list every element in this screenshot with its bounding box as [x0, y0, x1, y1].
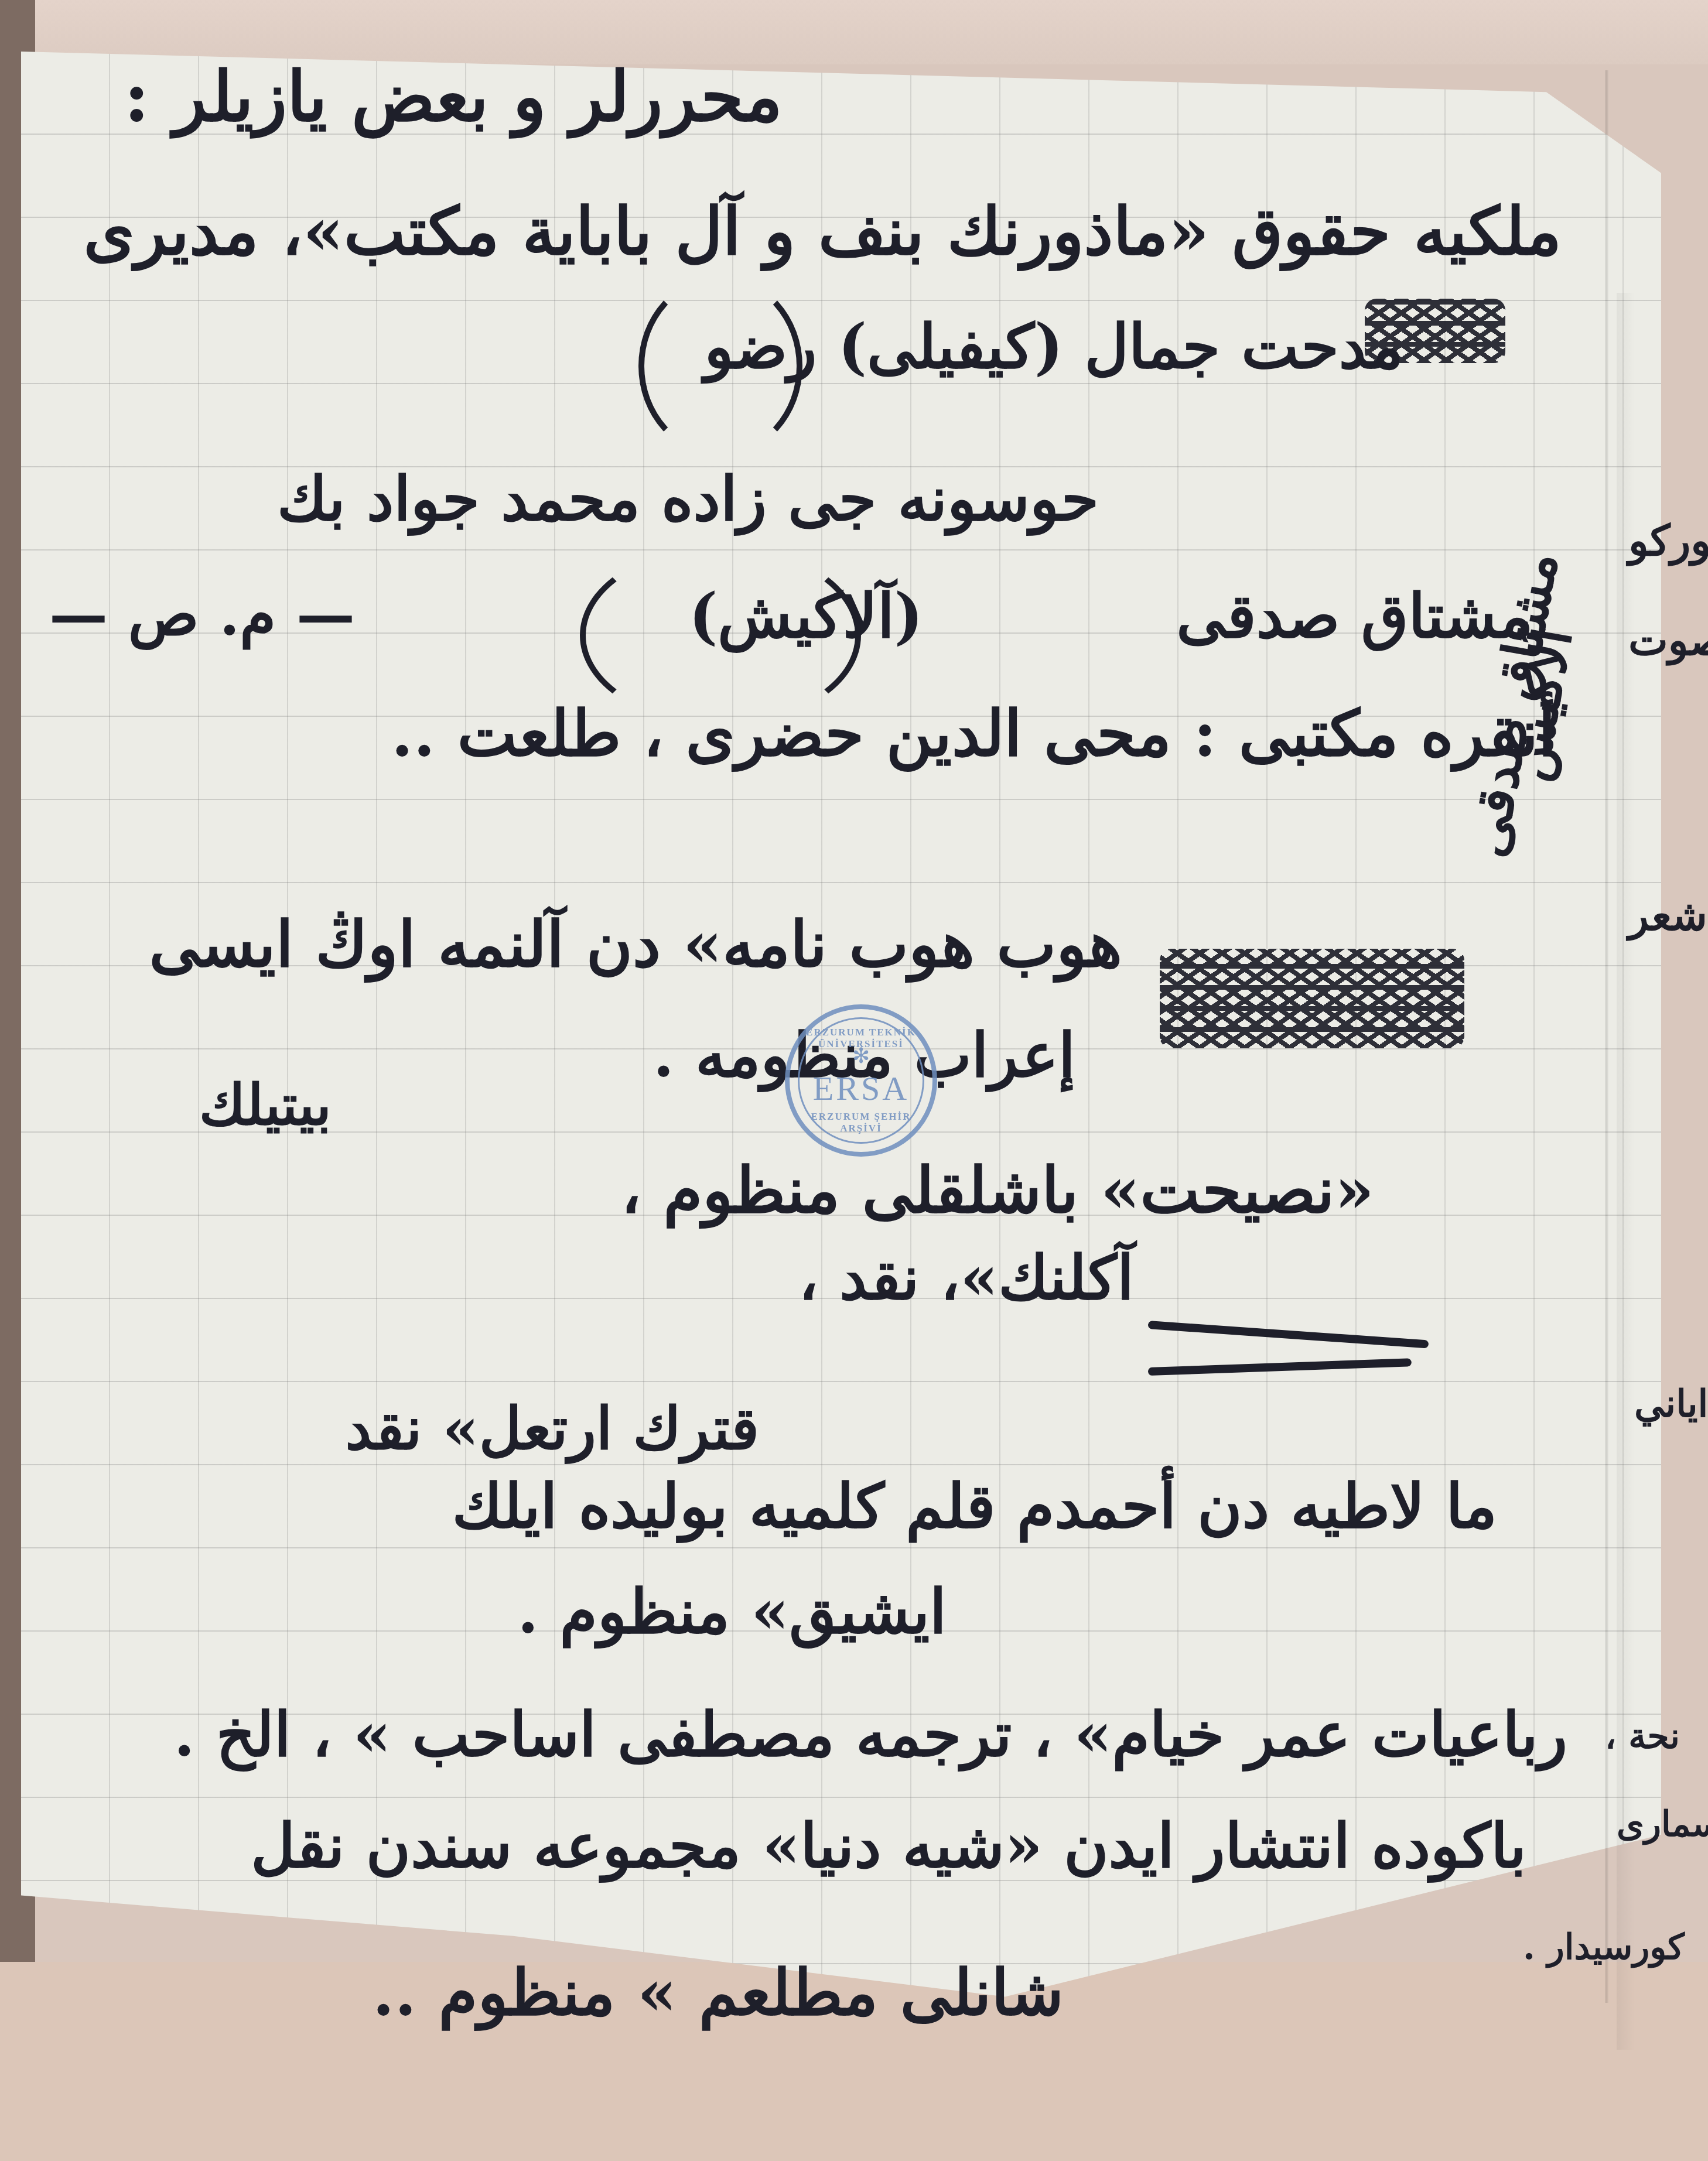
manuscript-line: — م. ص — [49, 580, 355, 649]
manuscript-line: رباعيات عمر خيام» ، ترجمه مصطفى اساحب » … [174, 1698, 1567, 1770]
parenthesis-bracket [580, 545, 861, 726]
margin-note: توركو [1628, 515, 1708, 565]
manuscript-line: أنقره مكتبى : محى الدين حضرى ، طلعت .. [391, 697, 1556, 771]
background-table-top [0, 0, 1708, 64]
manuscript-line: مدحت جمال (كيفيلى) رضو [704, 310, 1403, 382]
snowflake-icon: ✻ [790, 1044, 932, 1068]
crossed-out-text [1365, 299, 1505, 363]
manuscript-line: ما لاطيه دن أحمدم قلم كلميه بوليده ايلك [452, 1470, 1497, 1542]
page-title: محررلر و بعض يازيلر : [124, 56, 783, 137]
manuscript-line: آكلنك»، نقد ، [798, 1242, 1134, 1314]
manuscript-line: «نصيحت» باشلقلى منظوم ، [621, 1154, 1374, 1227]
manuscript-line: هوب هوب نامه» دن آلنمه اوڭ ايسى [149, 908, 1122, 982]
adjacent-page-fragment: كورسيدار . [1523, 1927, 1685, 1968]
page-fold [1605, 70, 1608, 2003]
manuscript-line: شانلى مطلعم » منظوم .. [373, 1956, 1064, 2030]
manuscript-line: حوسونه جی زاده محمد جواد بك [277, 463, 1099, 535]
manuscript-line: بيتيلك [199, 1072, 332, 1138]
adjacent-page-fragment: نحة ، [1605, 1716, 1680, 1757]
adjacent-page-fragment: اياني [1634, 1382, 1708, 1426]
parenthesis-bracket [638, 275, 802, 457]
stamp-bottom-text: ERZURUM ŞEHİR ARŞİVİ [790, 1111, 932, 1134]
manuscript-line: ايشيق» منظوم . [517, 1575, 947, 1647]
manuscript-line: مشتاق صدقى [1176, 580, 1532, 652]
crossed-out-text [1160, 949, 1464, 1048]
stamp-center-text: ERSA [790, 1069, 932, 1108]
manuscript-line: ملكيه حقوق «ماذورنك بنف و آل باباية مكتب… [83, 193, 1562, 270]
adjacent-page-fragment: سماری [1617, 1804, 1708, 1845]
margin-note: صوت [1628, 615, 1708, 665]
archive-stamp: ERZURUM TEKNİK ÜNİVERSİTESİ ✻ ERSA ERZUR… [785, 1004, 937, 1157]
manuscript-line: قترك ارتعل» نقد [346, 1394, 760, 1463]
manuscript-line: باكوده انتشار ايدن «شيه دنيا» مجموعه سند… [251, 1810, 1526, 1882]
margin-note: شعر [1628, 890, 1707, 940]
